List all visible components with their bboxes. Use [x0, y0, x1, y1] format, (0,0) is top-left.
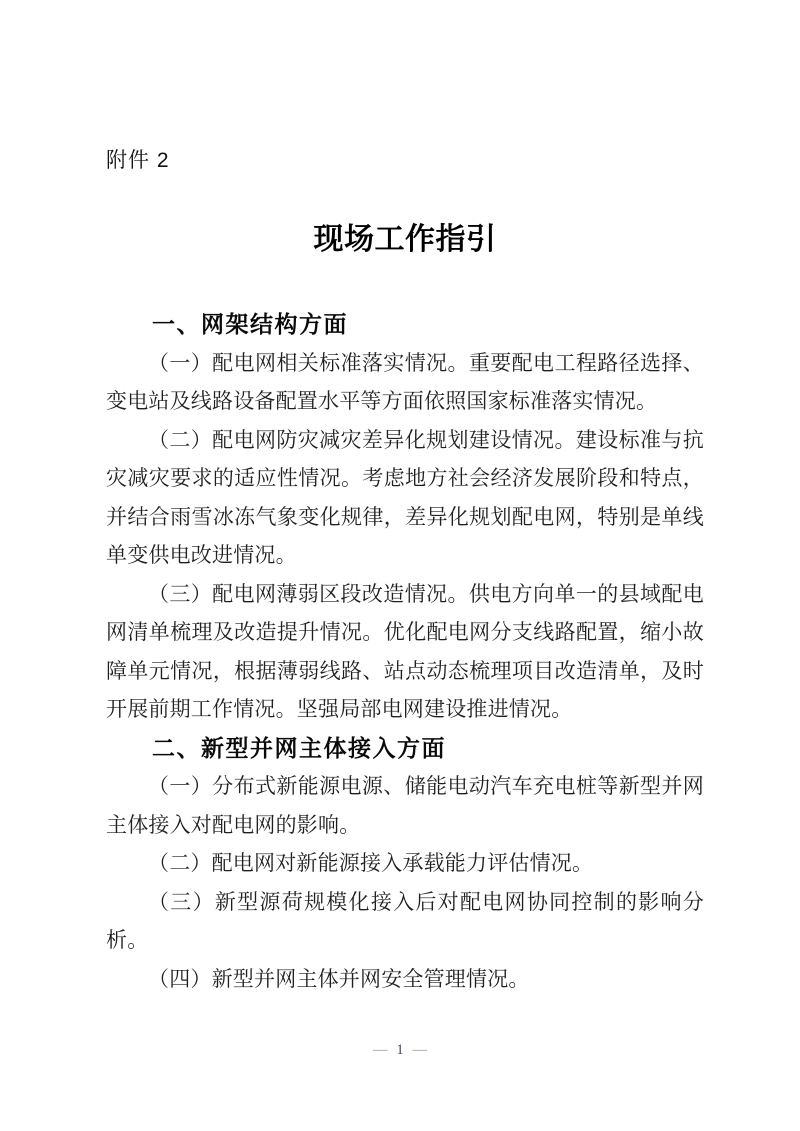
footer-left-dash: —	[373, 1042, 388, 1058]
page-footer: —1—	[0, 1040, 800, 1060]
page-number: 1	[396, 1042, 403, 1058]
section-heading-1: 一、网架结构方面	[106, 305, 704, 344]
document-title: 现场工作指引	[106, 219, 704, 261]
section-2-paragraph-2: （二）配电网对新能源接入承载能力评估情况。	[106, 844, 704, 883]
document-page: 附件 2 现场工作指引 一、网架结构方面 （一）配电网相关标准落实情况。重要配电…	[0, 0, 800, 1131]
section-heading-2: 二、新型并网主体接入方面	[106, 729, 704, 768]
section-2-paragraph-4: （四）新型并网主体并网安全管理情况。	[106, 960, 704, 999]
section-2-paragraph-1: （一）分布式新能源电源、储能电动汽车充电桩等新型并网主体接入对配电网的影响。	[106, 767, 704, 844]
section-1-paragraph-2: （二）配电网防灾减灾差异化规划建设情况。建设标准与抗灾减灾要求的适应性情况。考虑…	[106, 421, 704, 575]
document-content: 附件 2 现场工作指引 一、网架结构方面 （一）配电网相关标准落实情况。重要配电…	[106, 0, 704, 998]
attachment-label: 附件 2	[106, 147, 704, 175]
section-1-paragraph-3: （三）配电网薄弱区段改造情况。供电方向单一的县域配电网清单梳理及改造提升情况。优…	[106, 575, 704, 729]
section-2-paragraph-3: （三）新型源荷规模化接入后对配电网协同控制的影响分析。	[106, 883, 704, 960]
footer-right-dash: —	[413, 1042, 428, 1058]
section-1-paragraph-1: （一）配电网相关标准落实情况。重要配电工程路径选择、变电站及线路设备配置水平等方…	[106, 344, 704, 421]
